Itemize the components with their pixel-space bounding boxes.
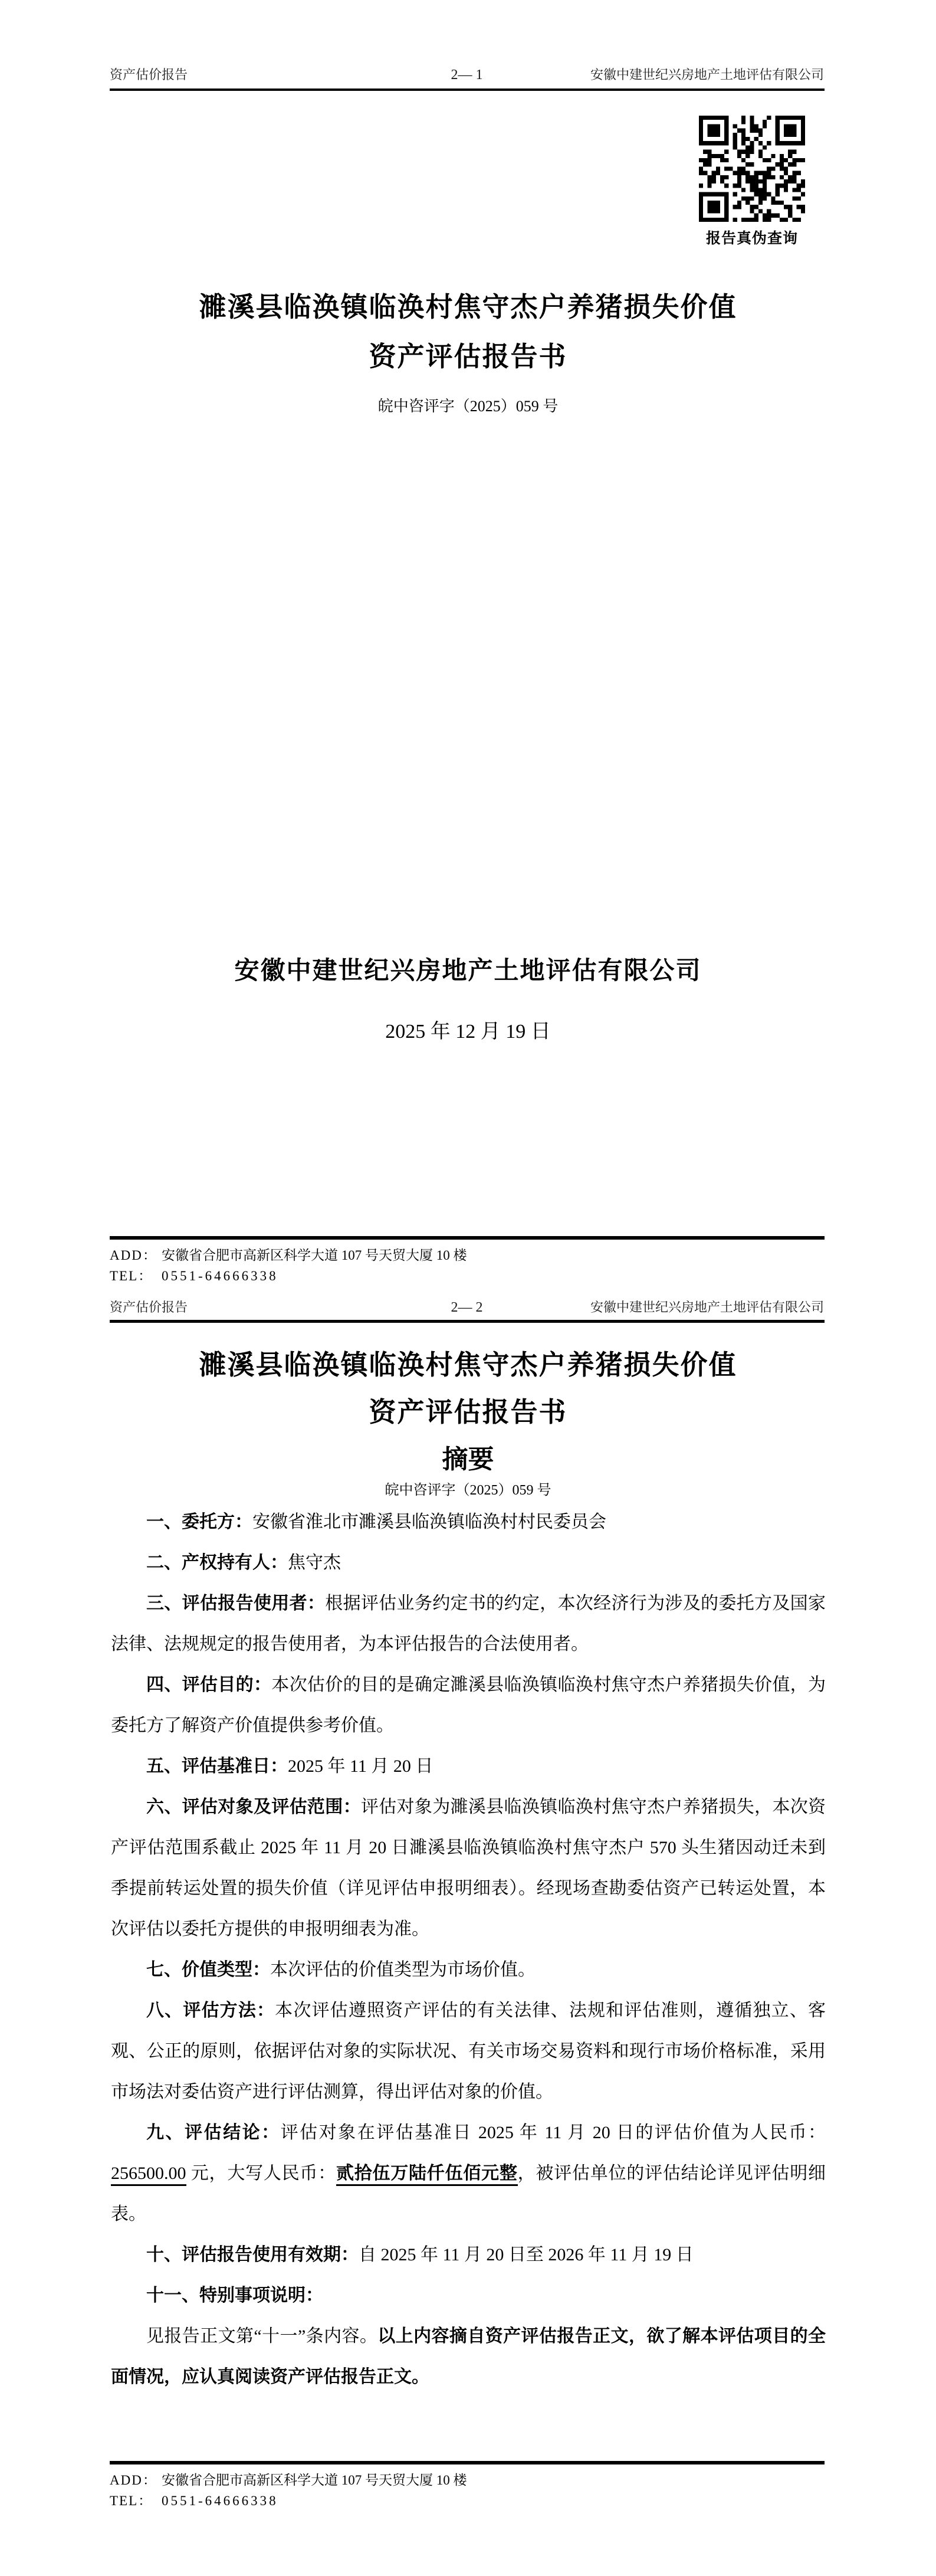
conclusion-amount-digits: 256500.00	[111, 2164, 186, 2186]
summary-item-consignor: 一、委托方：安徽省淮北市濉溪县临涣镇临涣村村民委员会	[111, 1502, 826, 1542]
item-label: 十、评估报告使用有效期：	[146, 2245, 359, 2264]
item-label: 十一、特别事项说明：	[146, 2286, 323, 2305]
summary-title-line1: 濉溪县临涣镇临涣村焦守杰户养猪损失价值	[0, 1341, 936, 1388]
footer-address-line: ADD：安徽省合肥市高新区科学大道 107 号天贸大厦 10 楼	[110, 1245, 825, 1266]
item-text: 安徽省淮北市濉溪县临涣镇临涣村村民委员会	[252, 1512, 606, 1532]
item-label: 三、评估报告使用者：	[146, 1594, 325, 1613]
page-header: 资产估价报告 2— 2 安徽中建世纪兴房地产土地评估有限公司	[110, 1297, 824, 1316]
conclusion-mid: 元，大写人民币：	[186, 2164, 336, 2183]
header-doc-type: 资产估价报告	[110, 1297, 451, 1316]
page-footer: ADD：安徽省合肥市高新区科学大道 107 号天贸大厦 10 楼 TEL：055…	[110, 1236, 825, 1286]
header-page-number: 2— 2	[451, 1300, 483, 1316]
footer-address: 安徽省合肥市高新区科学大道 107 号天贸大厦 10 楼	[162, 1248, 467, 1263]
report-title: 濉溪县临涣镇临涣村焦守杰户养猪损失价值 资产评估报告书	[0, 282, 936, 381]
footer-address: 安徽省合肥市高新区科学大道 107 号天贸大厦 10 楼	[162, 2473, 467, 2487]
summary-item-special-notes: 十一、特别事项说明：	[111, 2275, 826, 2316]
report-title-line1: 濉溪县临涣镇临涣村焦守杰户养猪损失价值	[0, 282, 936, 332]
footer-rule	[110, 1236, 825, 1240]
report-summary-page: 资产估价报告 2— 2 安徽中建世纪兴房地产土地评估有限公司 濉溪县临涣镇临涣村…	[0, 1288, 936, 2576]
conclusion-amount-capitals: 贰拾伍万陆仟伍佰元整	[336, 2164, 518, 2186]
summary-item-base-date: 五、评估基准日：2025 年 11 月 20 日	[111, 1746, 826, 1787]
header-rule	[110, 1320, 825, 1323]
summary-closing-paragraph: 见报告正文第“十一”条内容。以上内容摘自资产评估报告正文，欲了解本评估项目的全面…	[111, 2316, 826, 2397]
footer-add-label: ADD：	[110, 1245, 162, 1266]
report-title-line2: 资产评估报告书	[0, 332, 936, 381]
qr-caption: 报告真伪查询	[699, 227, 805, 248]
item-text: 评估对象为濉溪县临涣镇临涣村焦守杰户养猪损失，本次资产评估范围系截止 2025 …	[111, 1797, 826, 1939]
footer-address-line: ADD：安徽省合肥市高新区科学大道 107 号天贸大厦 10 楼	[110, 2470, 825, 2490]
item-label: 七、价值类型：	[146, 1960, 270, 1979]
summary-item-scope: 六、评估对象及评估范围：评估对象为濉溪县临涣镇临涣村焦守杰户养猪损失，本次资产评…	[111, 1787, 826, 1949]
document-scan: { "header": { "doc_type": "资产估价报告", "com…	[0, 0, 936, 2576]
item-label: 二、产权持有人：	[146, 1553, 288, 1572]
summary-body: 一、委托方：安徽省淮北市濉溪县临涣镇临涣村村民委员会 二、产权持有人：焦守杰 三…	[111, 1502, 826, 2397]
summary-item-conclusion: 九、评估结论：评估对象在评估基准日 2025 年 11 月 20 日的评估价值为…	[111, 2112, 826, 2234]
item-text: 焦守杰	[288, 1553, 341, 1572]
item-text: 2025 年 11 月 20 日	[288, 1756, 433, 1776]
item-label: 六、评估对象及评估范围：	[146, 1797, 361, 1817]
summary-title: 濉溪县临涣镇临涣村焦守杰户养猪损失价值 资产评估报告书	[0, 1341, 936, 1436]
item-label: 四、评估目的：	[146, 1675, 271, 1695]
item-text: 自 2025 年 11 月 20 日至 2026 年 11 月 19 日	[359, 2245, 694, 2264]
footer-rule	[110, 2461, 825, 2464]
summary-item-purpose: 四、评估目的：本次估价的目的是确定濉溪县临涣镇临涣村焦守杰户养猪损失价值，为委托…	[111, 1664, 826, 1746]
doc-number: 皖中咨评字（2025）059 号	[0, 394, 936, 416]
header-company: 安徽中建世纪兴房地产土地评估有限公司	[483, 65, 825, 83]
page-header: 资产估价报告 2— 1 安徽中建世纪兴房地产土地评估有限公司	[110, 65, 824, 83]
header-company: 安徽中建世纪兴房地产土地评估有限公司	[483, 1297, 825, 1316]
item-label: 九、评估结论：	[146, 2123, 281, 2142]
report-cover-page: 资产估价报告 2— 1 安徽中建世纪兴房地产土地评估有限公司 报告真伪查询 濉溪…	[0, 0, 936, 1288]
footer-phone: 0551-64666338	[162, 2493, 278, 2508]
page-footer: ADD：安徽省合肥市高新区科学大道 107 号天贸大厦 10 楼 TEL：055…	[110, 2461, 825, 2511]
footer-tel-label: TEL：	[110, 2490, 162, 2511]
footer-tel-line: TEL：0551-64666338	[110, 2490, 825, 2511]
header-rule	[110, 89, 825, 91]
conclusion-pre: 评估对象在评估基准日 2025 年 11 月 20 日的评估价值为人民币：	[281, 2123, 826, 2142]
footer-tel-label: TEL：	[110, 1266, 162, 1286]
header-page-number: 2— 1	[451, 67, 483, 83]
summary-title-line2: 资产评估报告书	[0, 1388, 936, 1436]
summary-item-validity: 十、评估报告使用有效期：自 2025 年 11 月 20 日至 2026 年 1…	[111, 2234, 826, 2275]
summary-item-owner: 二、产权持有人：焦守杰	[111, 1542, 826, 1583]
footer-tel-line: TEL：0551-64666338	[110, 1266, 825, 1286]
qr-code	[699, 116, 805, 222]
summary-item-method: 八、评估方法：本次评估遵照资产评估的有关法律、法规和评估准则，遵循独立、客观、公…	[111, 1990, 826, 2112]
summary-item-value-type: 七、价值类型：本次评估的价值类型为市场价值。	[111, 1949, 826, 1990]
item-label: 八、评估方法：	[146, 2001, 275, 2020]
qr-block: 报告真伪查询	[699, 116, 805, 248]
cover-date: 2025 年 12 月 19 日	[0, 1015, 936, 1044]
item-text: 本次评估的价值类型为市场价值。	[270, 1960, 536, 1979]
closing-normal: 见报告正文第“十一”条内容。	[146, 2326, 377, 2346]
item-label: 一、委托方：	[146, 1512, 252, 1532]
summary-doc-number: 皖中咨评字（2025）059 号	[0, 1478, 936, 1499]
header-doc-type: 资产估价报告	[110, 65, 451, 83]
footer-add-label: ADD：	[110, 2470, 162, 2490]
item-label: 五、评估基准日：	[146, 1756, 288, 1776]
cover-company-name: 安徽中建世纪兴房地产土地评估有限公司	[0, 951, 936, 987]
summary-heading: 摘要	[0, 1438, 936, 1476]
summary-item-users: 三、评估报告使用者：根据评估业务约定书的约定，本次经济行为涉及的委托方及国家法律…	[111, 1583, 826, 1664]
footer-phone: 0551-64666338	[162, 1269, 278, 1283]
